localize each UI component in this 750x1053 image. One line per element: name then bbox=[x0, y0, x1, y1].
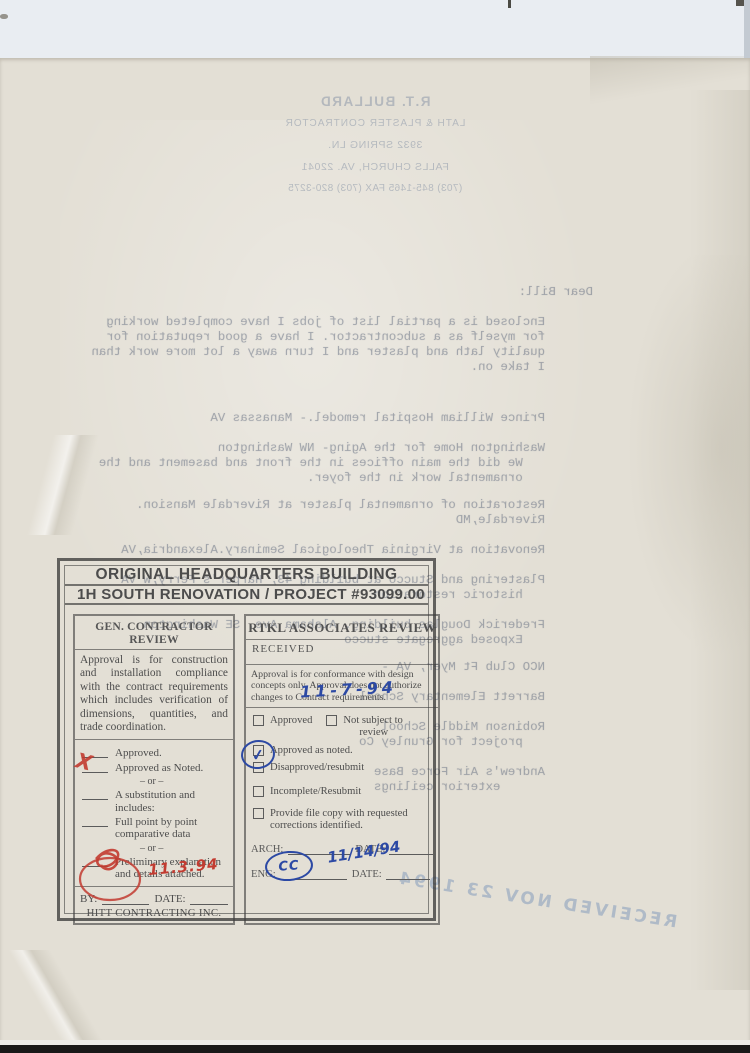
check-icon: ✓ bbox=[251, 745, 266, 765]
letterhead-trade: LATH & PLASTER CONTRACTOR bbox=[225, 118, 525, 129]
scan-bottom-edge bbox=[0, 1045, 750, 1053]
rtkl-option-disapproved: Disapproved/resubmit bbox=[253, 762, 434, 774]
checkbox-icon bbox=[253, 786, 264, 797]
gc-option-approved-as-noted: Approved as Noted. bbox=[82, 762, 230, 774]
gc-option-label: comparative data bbox=[115, 828, 197, 840]
rtkl-option-label: Approved bbox=[270, 715, 312, 739]
checkbox-icon bbox=[326, 715, 337, 726]
letter-line: Washington Home for the Aging- NW Washin… bbox=[218, 441, 545, 456]
gc-option-full-point: Full point by point comparative data bbox=[82, 816, 230, 841]
gc-or-separator: – or – bbox=[140, 776, 230, 788]
letterhead-name: R.T. BULLARD bbox=[225, 94, 525, 109]
rtkl-option-label: review bbox=[343, 727, 388, 738]
date-label: DATE: bbox=[352, 869, 382, 880]
letterhead-phone: (703) 845-1465 FAX (703) 820-3275 bbox=[225, 183, 525, 194]
rtkl-option-label: Provide file copy with requested bbox=[270, 808, 408, 819]
rtkl-option-label: Incomplete/Resubmit bbox=[270, 786, 361, 798]
gc-or-separator: – or – bbox=[140, 843, 230, 855]
rtkl-option-label: Approved as noted. bbox=[270, 745, 353, 757]
stamp-title: ORIGINAL HEADQUARTERS BUILDING bbox=[65, 566, 428, 586]
rtkl-option-label: Disapproved/resubmit bbox=[270, 762, 364, 774]
letter-line: Prince William Hospital remodel.- Manass… bbox=[210, 411, 545, 426]
date-blank-line bbox=[190, 893, 228, 905]
letter-line: ornamental work in the foyer. bbox=[307, 471, 545, 486]
gc-review-header: GEN. CONTRACTOR REVIEW bbox=[75, 616, 233, 650]
scan-edge bbox=[744, 0, 750, 58]
rtkl-option-label: Not subject to bbox=[343, 715, 402, 726]
letter-line: for myself as a subcontractor. I have a … bbox=[106, 330, 545, 345]
gc-option-label: includes: bbox=[115, 802, 195, 814]
letter-line: I take on. bbox=[471, 360, 545, 375]
stamp-subtitle: 1H SOUTH RENOVATION / PROJECT #93099.00 bbox=[65, 586, 428, 605]
letterhead-bleedthrough: R.T. BULLARD LATH & PLASTER CONTRACTOR 3… bbox=[225, 94, 525, 194]
letter-line: Restoration of ornamental plaster at Riv… bbox=[136, 498, 545, 513]
scan-artifact bbox=[0, 14, 8, 19]
rtkl-received-row: RECEIVED bbox=[246, 640, 438, 665]
scan-artifact bbox=[508, 0, 511, 8]
rtkl-option-not-subject: Not subject to review bbox=[326, 715, 402, 739]
gc-option-label: Full point by point bbox=[115, 816, 197, 828]
paper-crease bbox=[0, 950, 115, 1053]
rtkl-option-label: corrections identified. bbox=[270, 820, 363, 831]
letter-line: Riverdale,MD bbox=[456, 513, 545, 528]
letter-line: quality lath and plaster and I turn away… bbox=[91, 345, 545, 360]
red-signature-scribble bbox=[76, 843, 152, 905]
gc-option-label: Approved. bbox=[115, 747, 162, 759]
letter-line: Enclosed is a partial list of jobs I hav… bbox=[106, 315, 545, 330]
checklist-blank-line bbox=[82, 789, 108, 800]
date-label: DATE: bbox=[154, 893, 185, 905]
rtkl-review-header: RTKL ASSOCIATES REVIEW bbox=[246, 616, 438, 640]
checkbox-icon bbox=[253, 715, 264, 726]
letter-line: Renovation at Virginia Theological Semin… bbox=[121, 543, 545, 558]
gc-option-label: A substitution and bbox=[115, 789, 195, 801]
gc-option-substitution: A substitution and includes: bbox=[82, 789, 230, 814]
received-label: RECEIVED bbox=[252, 643, 314, 655]
rtkl-review-panel: RTKL ASSOCIATES REVIEW RECEIVED Approval… bbox=[244, 614, 440, 925]
checklist-blank-line bbox=[82, 816, 108, 827]
checkbox-icon bbox=[253, 808, 264, 819]
gc-company-name: HITT CONTRACTING INC. bbox=[75, 906, 233, 923]
rtkl-option-approved: Approved bbox=[253, 715, 312, 739]
letterhead-city: FALLS CHURCH, VA. 22041 bbox=[225, 161, 525, 173]
scanned-document-page: R.T. BULLARD LATH & PLASTER CONTRACTOR 3… bbox=[0, 0, 750, 1053]
gc-option-label: Approved as Noted. bbox=[115, 762, 203, 774]
eng-date-blank-line bbox=[386, 868, 430, 880]
letter-line: Dear Bill: bbox=[519, 285, 593, 300]
paper-edge-shadow bbox=[690, 90, 750, 990]
rtkl-options: Approved Not subject to review bbox=[246, 708, 438, 832]
rtkl-option-provide-copy: Provide file copy with requested correct… bbox=[253, 808, 434, 832]
rtkl-option-approved-noted: Approved as noted. bbox=[253, 745, 434, 757]
letter-line: We did the main offices in the front and… bbox=[99, 456, 545, 471]
gc-option-approved: Approved. bbox=[82, 747, 230, 759]
gc-approval-text: Approval is for construction and install… bbox=[75, 650, 233, 739]
letterhead-street: 3932 SPRING LN. bbox=[225, 139, 525, 151]
rtkl-option-incomplete: Incomplete/Resubmit bbox=[253, 786, 434, 798]
